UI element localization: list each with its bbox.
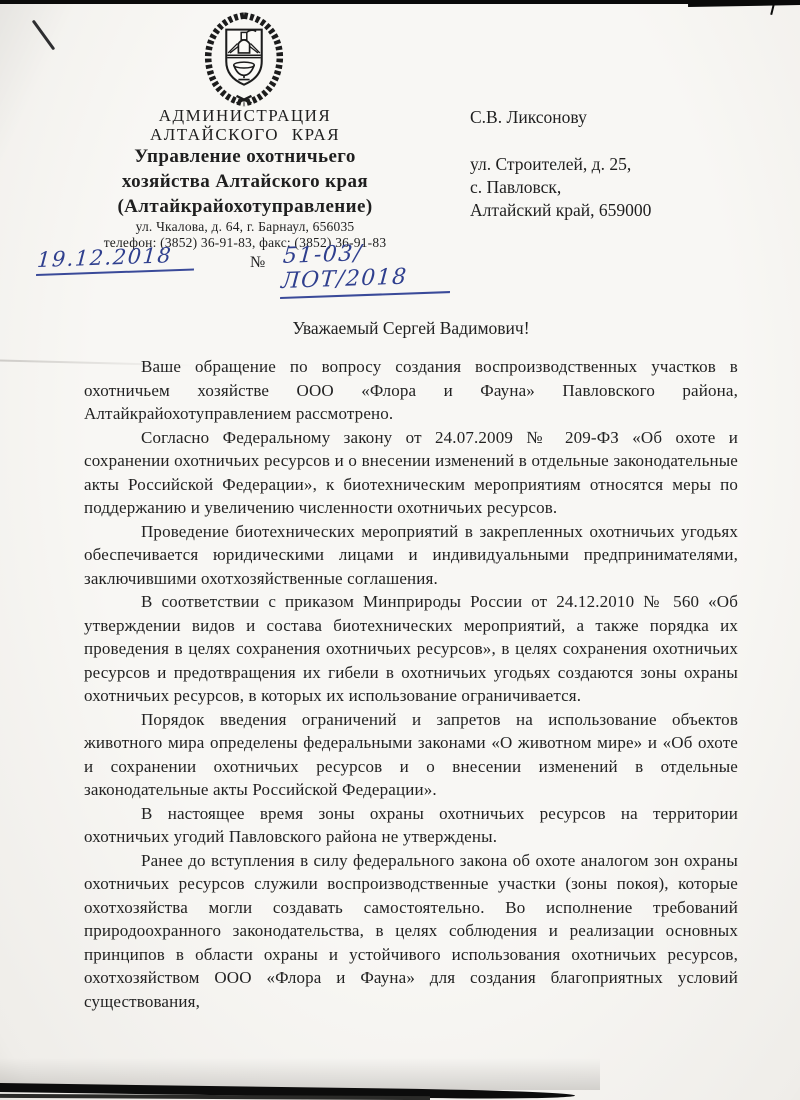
recipient-address-line-3: Алтайский край, 659000 [470, 199, 750, 222]
scan-artifact-top-right-edge [688, 0, 800, 7]
department-name-line-3: (Алтайкрайохотуправление) [55, 194, 435, 219]
ref-number-handwritten: 51-03/ЛОТ/2018 [280, 238, 454, 299]
body-paragraph: Ваше обращение по вопросу создания воспр… [84, 355, 738, 426]
recipient-block: С.В. Ликсонову ул. Строителей, д. 25, с.… [470, 106, 750, 222]
altai-coat-of-arms-icon [196, 10, 292, 108]
letter-body: Ваше обращение по вопросу создания воспр… [84, 355, 738, 1013]
recipient-address-line-2: с. Павловск, [470, 176, 750, 199]
org-name-line-1: АДМИНИСТРАЦИЯ [55, 106, 435, 125]
scan-page: АДМИНИСТРАЦИЯ АЛТАЙСКОГО КРАЯ Управление… [0, 0, 800, 1100]
letterhead: АДМИНИСТРАЦИЯ АЛТАЙСКОГО КРАЯ Управление… [55, 106, 435, 250]
pen-mark [32, 20, 56, 51]
body-paragraph: Согласно Федеральному закону от 24.07.20… [84, 426, 738, 520]
body-paragraph: В соответствии с приказом Минприроды Рос… [84, 590, 738, 708]
department-name-line-1: Управление охотничьего [55, 144, 435, 169]
body-paragraph: Порядок введения ограничений и запретов … [84, 708, 738, 802]
body-paragraph: В настоящее время зоны охраны охотничьих… [84, 802, 738, 849]
letterhead-address: ул. Чкалова, д. 64, г. Барнаул, 656035 [55, 219, 435, 235]
body-paragraph: Проведение биотехнических мероприятий в … [84, 520, 738, 591]
salutation: Уважаемый Сергей Вадимович! [84, 318, 738, 339]
recipient-name: С.В. Ликсонову [470, 106, 750, 129]
scan-artifact-top-edge [0, 0, 800, 4]
org-name-line-2: АЛТАЙСКОГО КРАЯ [55, 125, 435, 144]
ref-date-handwritten: 19.12.2018 [36, 242, 196, 276]
ref-number-sign: № [250, 254, 265, 272]
recipient-address-line-1: ул. Строителей, д. 25, [470, 153, 750, 176]
department-name-line-2: хозяйства Алтайского края [55, 169, 435, 194]
reference-line: 19.12.2018 № 51-03/ЛОТ/2018 [0, 246, 520, 288]
body-paragraph: Ранее до вступления в силу федерального … [84, 849, 738, 1014]
